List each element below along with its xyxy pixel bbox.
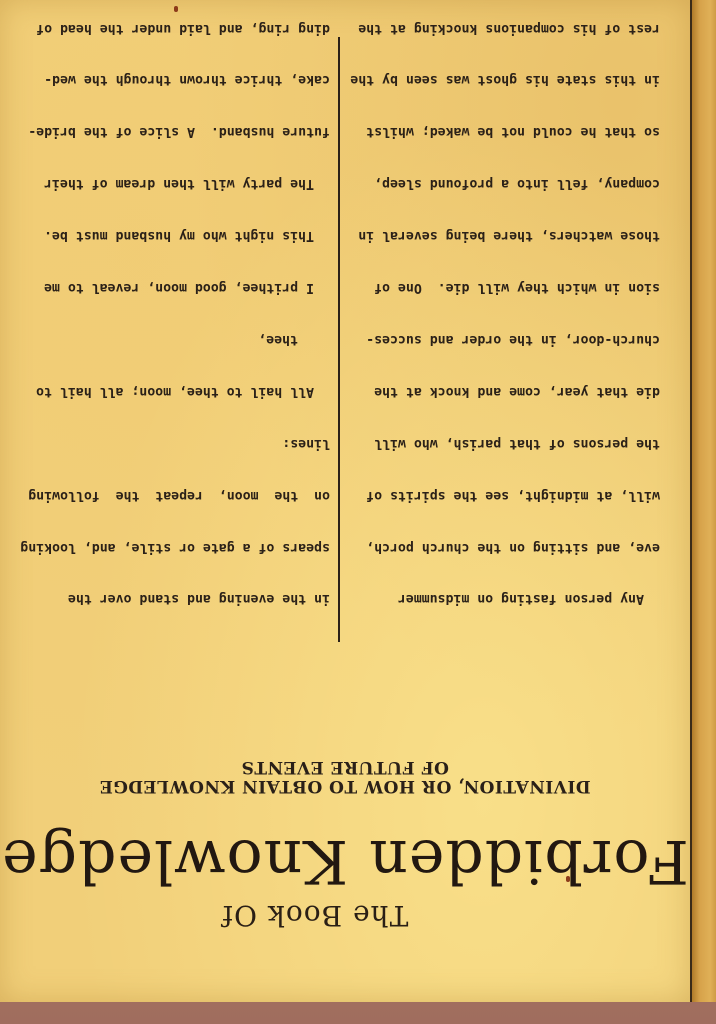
text-columns: Any person fasting on midsummer eve, and… (20, 22, 660, 642)
subtitle-line-1: DIVINATION, OR HOW TO OBTAIN KNOWLEDGE (0, 776, 690, 795)
text-line: the persons of that parish, who will (350, 434, 660, 451)
left-column: Any person fasting on midsummer eve, and… (350, 0, 660, 642)
column-divider (338, 37, 340, 642)
text-line: eve, and sitting on the church porch, (350, 538, 660, 555)
page-title: Forbidden Knowledge (0, 829, 690, 893)
text-line: will, at midnight, see the spirits of (350, 486, 660, 503)
verse-line: I prithee, good moon, reveal to me (20, 279, 330, 296)
text-line: spears of a gate or stile, and, looking (20, 538, 330, 555)
text-line: sion in which they will die. One of (350, 279, 660, 296)
subtitle-line-2: OF FUTURE EVENTS (0, 757, 690, 776)
text-line: those watchers, there being several in (350, 227, 660, 244)
right-column: in the evening and stand over the spears… (20, 0, 330, 642)
text-line: cake, thrice thrown through the wed- (20, 71, 330, 88)
text-line: company, fell into a profound sleep, (350, 175, 660, 192)
text-line: die that year, come and knock at the (350, 383, 660, 400)
title-block: The Book Of Forbidden Knowledge DIVINATI… (0, 757, 690, 932)
verse-line: This night who my husband must be. (20, 227, 330, 244)
text-line: The party will then dream of their (20, 175, 330, 192)
text-line: future husband. A slice of the bride- (20, 123, 330, 140)
verse-line: thee, (20, 331, 330, 348)
book-page: The Book Of Forbidden Knowledge DIVINATI… (0, 0, 690, 1002)
text-line: ding ring, and laid under the head of (20, 19, 330, 36)
text-line: so that he could not be waked; whilst (350, 123, 660, 140)
verse-line: All hail to thee, moon; all hail to (20, 383, 330, 400)
rotated-page-wrapper: The Book Of Forbidden Knowledge DIVINATI… (0, 0, 716, 1024)
text-line: rest of his companions knocking at the (350, 19, 660, 36)
text-line: lines: (20, 434, 330, 451)
text-line: church-door, in the order and succes- (350, 331, 660, 348)
pre-title: The Book Of (0, 899, 630, 932)
text-line: in the evening and stand over the (20, 590, 330, 607)
subtitle: DIVINATION, OR HOW TO OBTAIN KNOWLEDGE O… (0, 757, 690, 795)
text-line: in this state his ghost was seen by the (350, 71, 660, 88)
text-line: Any person fasting on midsummer (350, 590, 660, 607)
text-line: on the moon, repeat the following (20, 486, 330, 503)
